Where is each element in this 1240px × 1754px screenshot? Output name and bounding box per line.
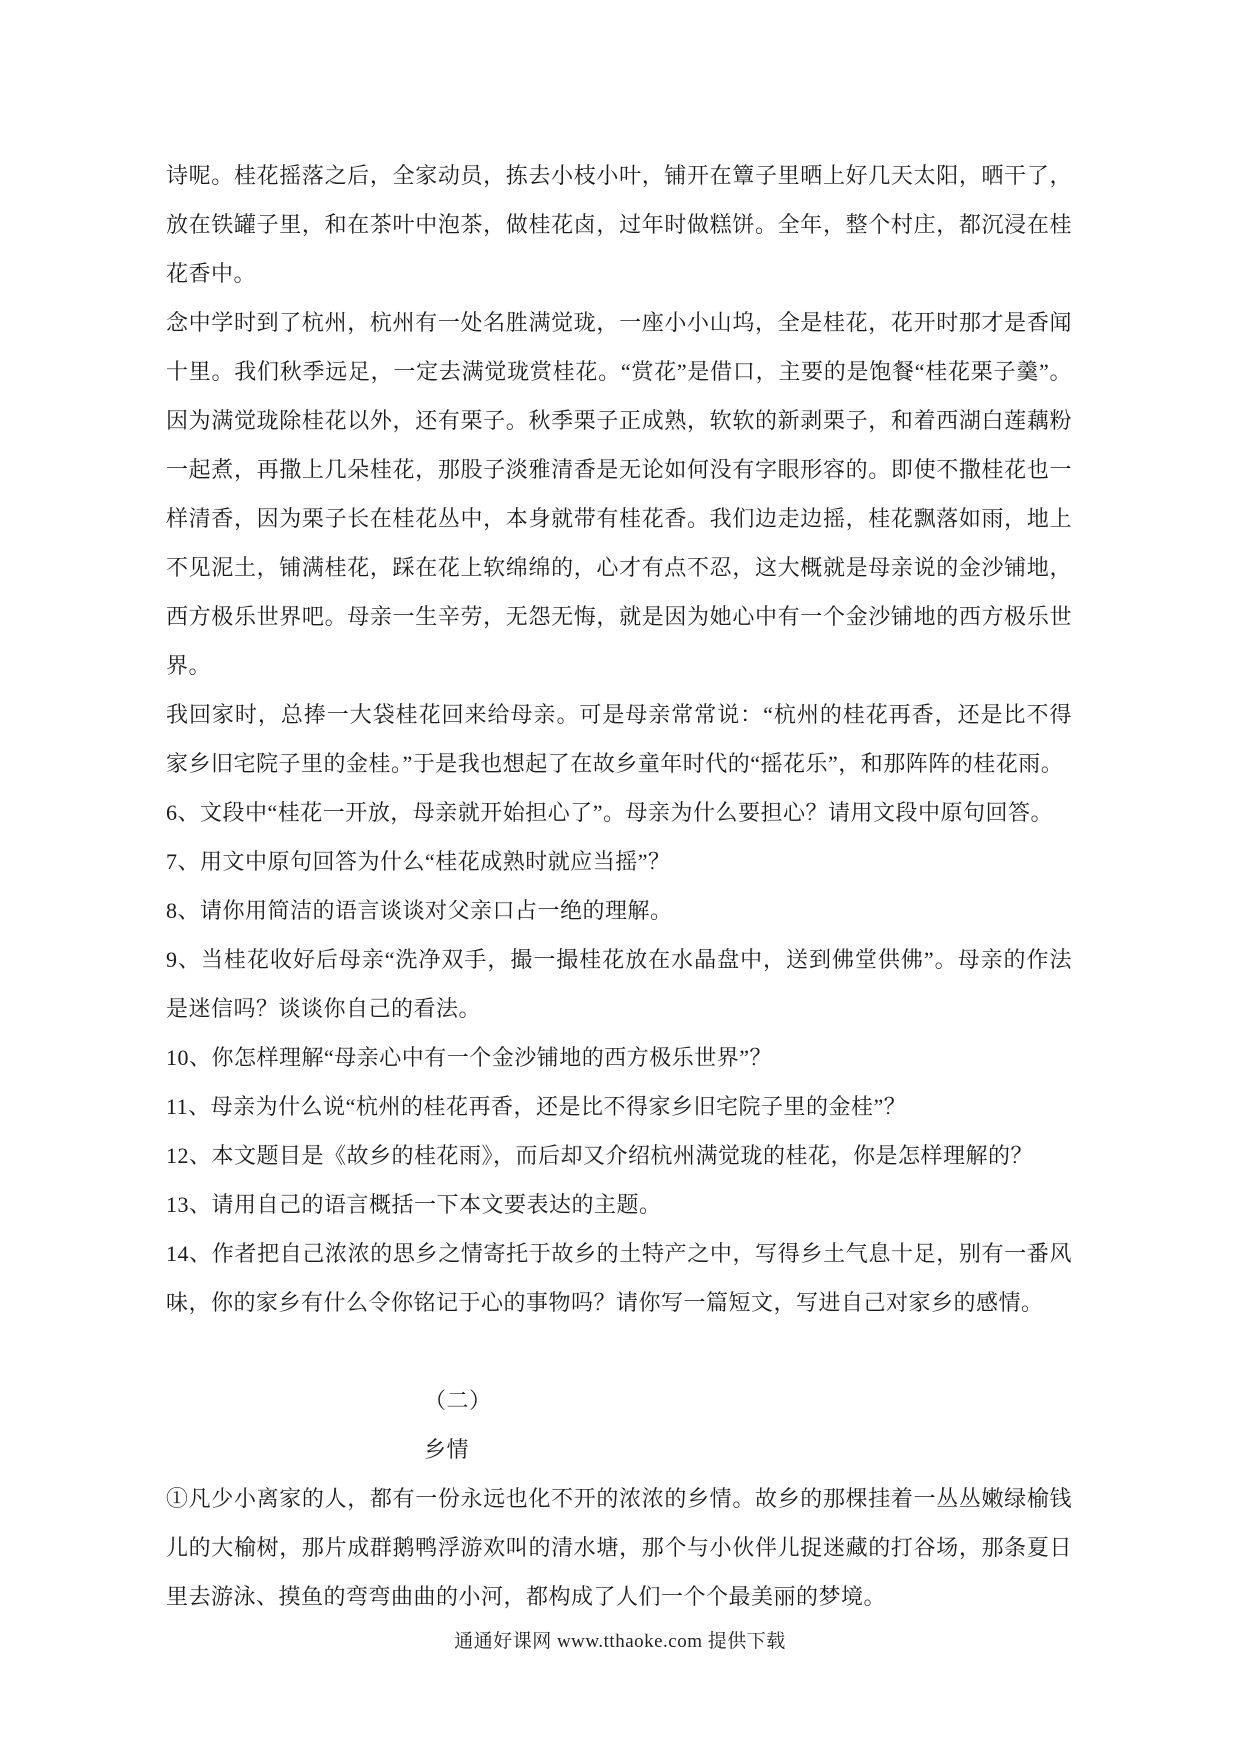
page-footer: 通通好课网 www.tthaoke.com 提供下载 [0, 1627, 1240, 1657]
question-7: 7、用文中原句回答为什么“桂花成熟时就应当摇”？ [166, 837, 1072, 886]
question-12: 12、本文题目是《故乡的桂花雨》，而后却又介绍杭州满觉珑的桂花，你是怎样理解的？ [166, 1131, 1072, 1180]
passage-paragraph-1: 诗呢。桂花摇落之后，全家动员，拣去小枝小叶，铺开在簟子里晒上好几天太阳，晒干了，… [166, 151, 1072, 298]
passage2-paragraph-1: ①凡少小离家的人，都有一份永远也化不开的浓浓的乡情。故乡的那棵挂着一丛丛嫩绿榆钱… [166, 1474, 1072, 1621]
section-two-title: 乡情 [166, 1425, 1072, 1474]
question-9: 9、当桂花收好后母亲“洗净双手，撮一撮桂花放在水晶盘中，送到佛堂供佛”。母亲的作… [166, 935, 1072, 1033]
section-two-marker: （二） [166, 1376, 1072, 1425]
passage-paragraph-3: 我回家时，总捧一大袋桂花回来给母亲。可是母亲常常说：“杭州的桂花再香，还是比不得… [166, 690, 1072, 788]
question-8: 8、请你用简洁的语言谈谈对父亲口占一绝的理解。 [166, 886, 1072, 935]
question-11: 11、母亲为什么说“杭州的桂花再香，还是比不得家乡旧宅院子里的金桂”？ [166, 1082, 1072, 1131]
question-6: 6、文段中“桂花一开放，母亲就开始担心了”。母亲为什么要担心？请用文段中原句回答… [166, 788, 1072, 837]
site-credit: 通通好课网 www.tthaoke.com 提供下载 [454, 1631, 786, 1652]
blank-line [166, 1327, 1072, 1376]
question-10: 10、你怎样理解“母亲心中有一个金沙铺地的西方极乐世界”？ [166, 1033, 1072, 1082]
question-13: 13、请用自己的语言概括一下本文要表达的主题。 [166, 1180, 1072, 1229]
document-content: 诗呢。桂花摇落之后，全家动员，拣去小枝小叶，铺开在簟子里晒上好几天太阳，晒干了，… [166, 151, 1072, 1621]
passage-paragraph-2: 念中学时到了杭州，杭州有一处名胜满觉珑，一座小小山坞，全是桂花，花开时那才是香闻… [166, 298, 1072, 690]
question-14: 14、作者把自己浓浓的思乡之情寄托于故乡的土特产之中，写得乡土气息十足，别有一番… [166, 1229, 1072, 1327]
document-page: 诗呢。桂花摇落之后，全家动员，拣去小枝小叶，铺开在簟子里晒上好几天太阳，晒干了，… [0, 0, 1240, 1754]
